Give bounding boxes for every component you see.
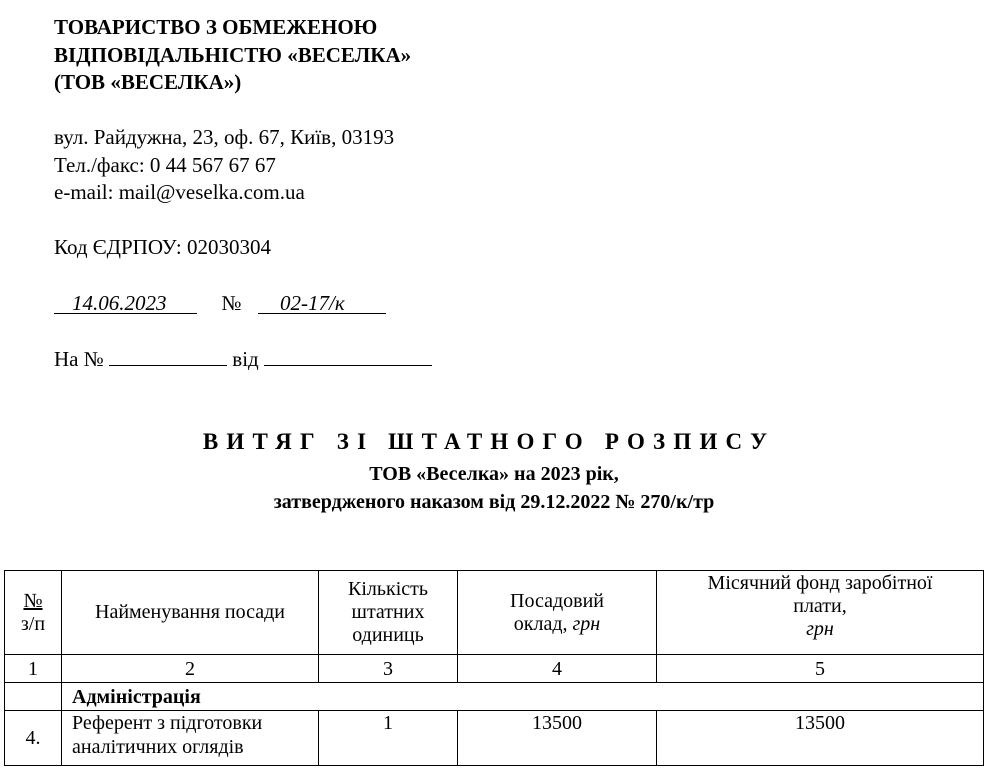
position-line: аналітичних оглядів (72, 735, 314, 759)
row-number: 4. (5, 711, 62, 766)
header-number: № з/п (5, 571, 62, 655)
reply-date-blank (264, 345, 432, 366)
column-number: 3 (319, 655, 458, 683)
header-units: Кількість штатних одиниць (319, 571, 458, 655)
column-number: 1 (5, 655, 62, 683)
registration-line: 14.06.2023 № 02-17/к (54, 290, 386, 318)
reply-number-blank (109, 345, 227, 366)
reply-prefix: На № (54, 347, 104, 371)
column-numbers-row: 1 2 3 4 5 (5, 655, 984, 683)
registration-number: 02-17/к (258, 292, 386, 314)
org-name-short: (ТОВ «ВЕСЕЛКА») (54, 69, 411, 97)
table-header-row: № з/п Найменування посади Кількість штат… (5, 571, 984, 655)
subtitle-line: затвердженого наказом від 29.12.2022 № 2… (0, 488, 988, 516)
phone-fax: Тел./факс: 0 44 567 67 67 (54, 152, 394, 180)
header-units-line: Кількість (323, 578, 453, 601)
header-monthly-fund: Місячний фонд заробітної плати, грн (657, 571, 984, 655)
header-salary: Посадовий оклад, грн (458, 571, 657, 655)
header-fund-line: Місячний фонд заробітної (661, 572, 979, 595)
row-monthly-fund: 13500 (657, 711, 984, 766)
row-units: 1 (319, 711, 458, 766)
header-salary-line: Посадовий (462, 590, 652, 613)
subtitle-line: ТОВ «Веселка» на 2023 рік, (0, 460, 988, 488)
organization-contacts: вул. Райдужна, 23, оф. 67, Київ, 03193 Т… (54, 124, 394, 207)
column-number: 4 (458, 655, 657, 683)
header-salary-unit: грн (573, 613, 601, 635)
header-salary-line: оклад, грн (462, 613, 652, 636)
position-line: Референт з підготовки (72, 711, 314, 735)
row-position: Референт з підготовки аналітичних огляді… (62, 711, 319, 766)
number-sign: № (222, 291, 242, 315)
edrpou-code: Код ЄДРПОУ: 02030304 (54, 234, 271, 262)
document-subtitle: ТОВ «Веселка» на 2023 рік, затвердженого… (0, 460, 988, 516)
header-salary-text: оклад, (514, 613, 573, 635)
section-empty-cell (5, 683, 62, 711)
header-units-line: штатних (323, 601, 453, 624)
reply-reference-line: На № від (54, 345, 432, 374)
row-salary: 13500 (458, 711, 657, 766)
staffing-table: № з/п Найменування посади Кількість штат… (4, 570, 984, 766)
header-number-abbr: з/п (9, 613, 57, 636)
reply-from-label: від (232, 347, 258, 371)
organization-name: ТОВАРИСТВО З ОБМЕЖЕНОЮ ВІДПОВІДАЛЬНІСТЮ … (54, 14, 411, 97)
header-position: Найменування посади (62, 571, 319, 655)
section-row: Адміністрація (5, 683, 984, 711)
section-label: Адміністрація (62, 683, 984, 711)
address: вул. Райдужна, 23, оф. 67, Київ, 03193 (54, 124, 394, 152)
column-number: 5 (657, 655, 984, 683)
header-number-sign: № (9, 590, 57, 613)
email: e-mail: mail@veselka.com.ua (54, 179, 394, 207)
header-fund-line: плати, (661, 595, 979, 618)
document-title: ВИТЯГ ЗІ ШТАТНОГО РОЗПИСУ (0, 427, 978, 457)
org-name-line: ВІДПОВІДАЛЬНІСТЮ «ВЕСЕЛКА» (54, 42, 411, 70)
table-row: 4. Референт з підготовки аналітичних огл… (5, 711, 984, 766)
registration-date: 14.06.2023 (54, 292, 197, 314)
column-number: 2 (62, 655, 319, 683)
header-fund-unit: грн (661, 618, 979, 641)
org-name-line: ТОВАРИСТВО З ОБМЕЖЕНОЮ (54, 14, 411, 42)
header-units-line: одиниць (323, 624, 453, 647)
